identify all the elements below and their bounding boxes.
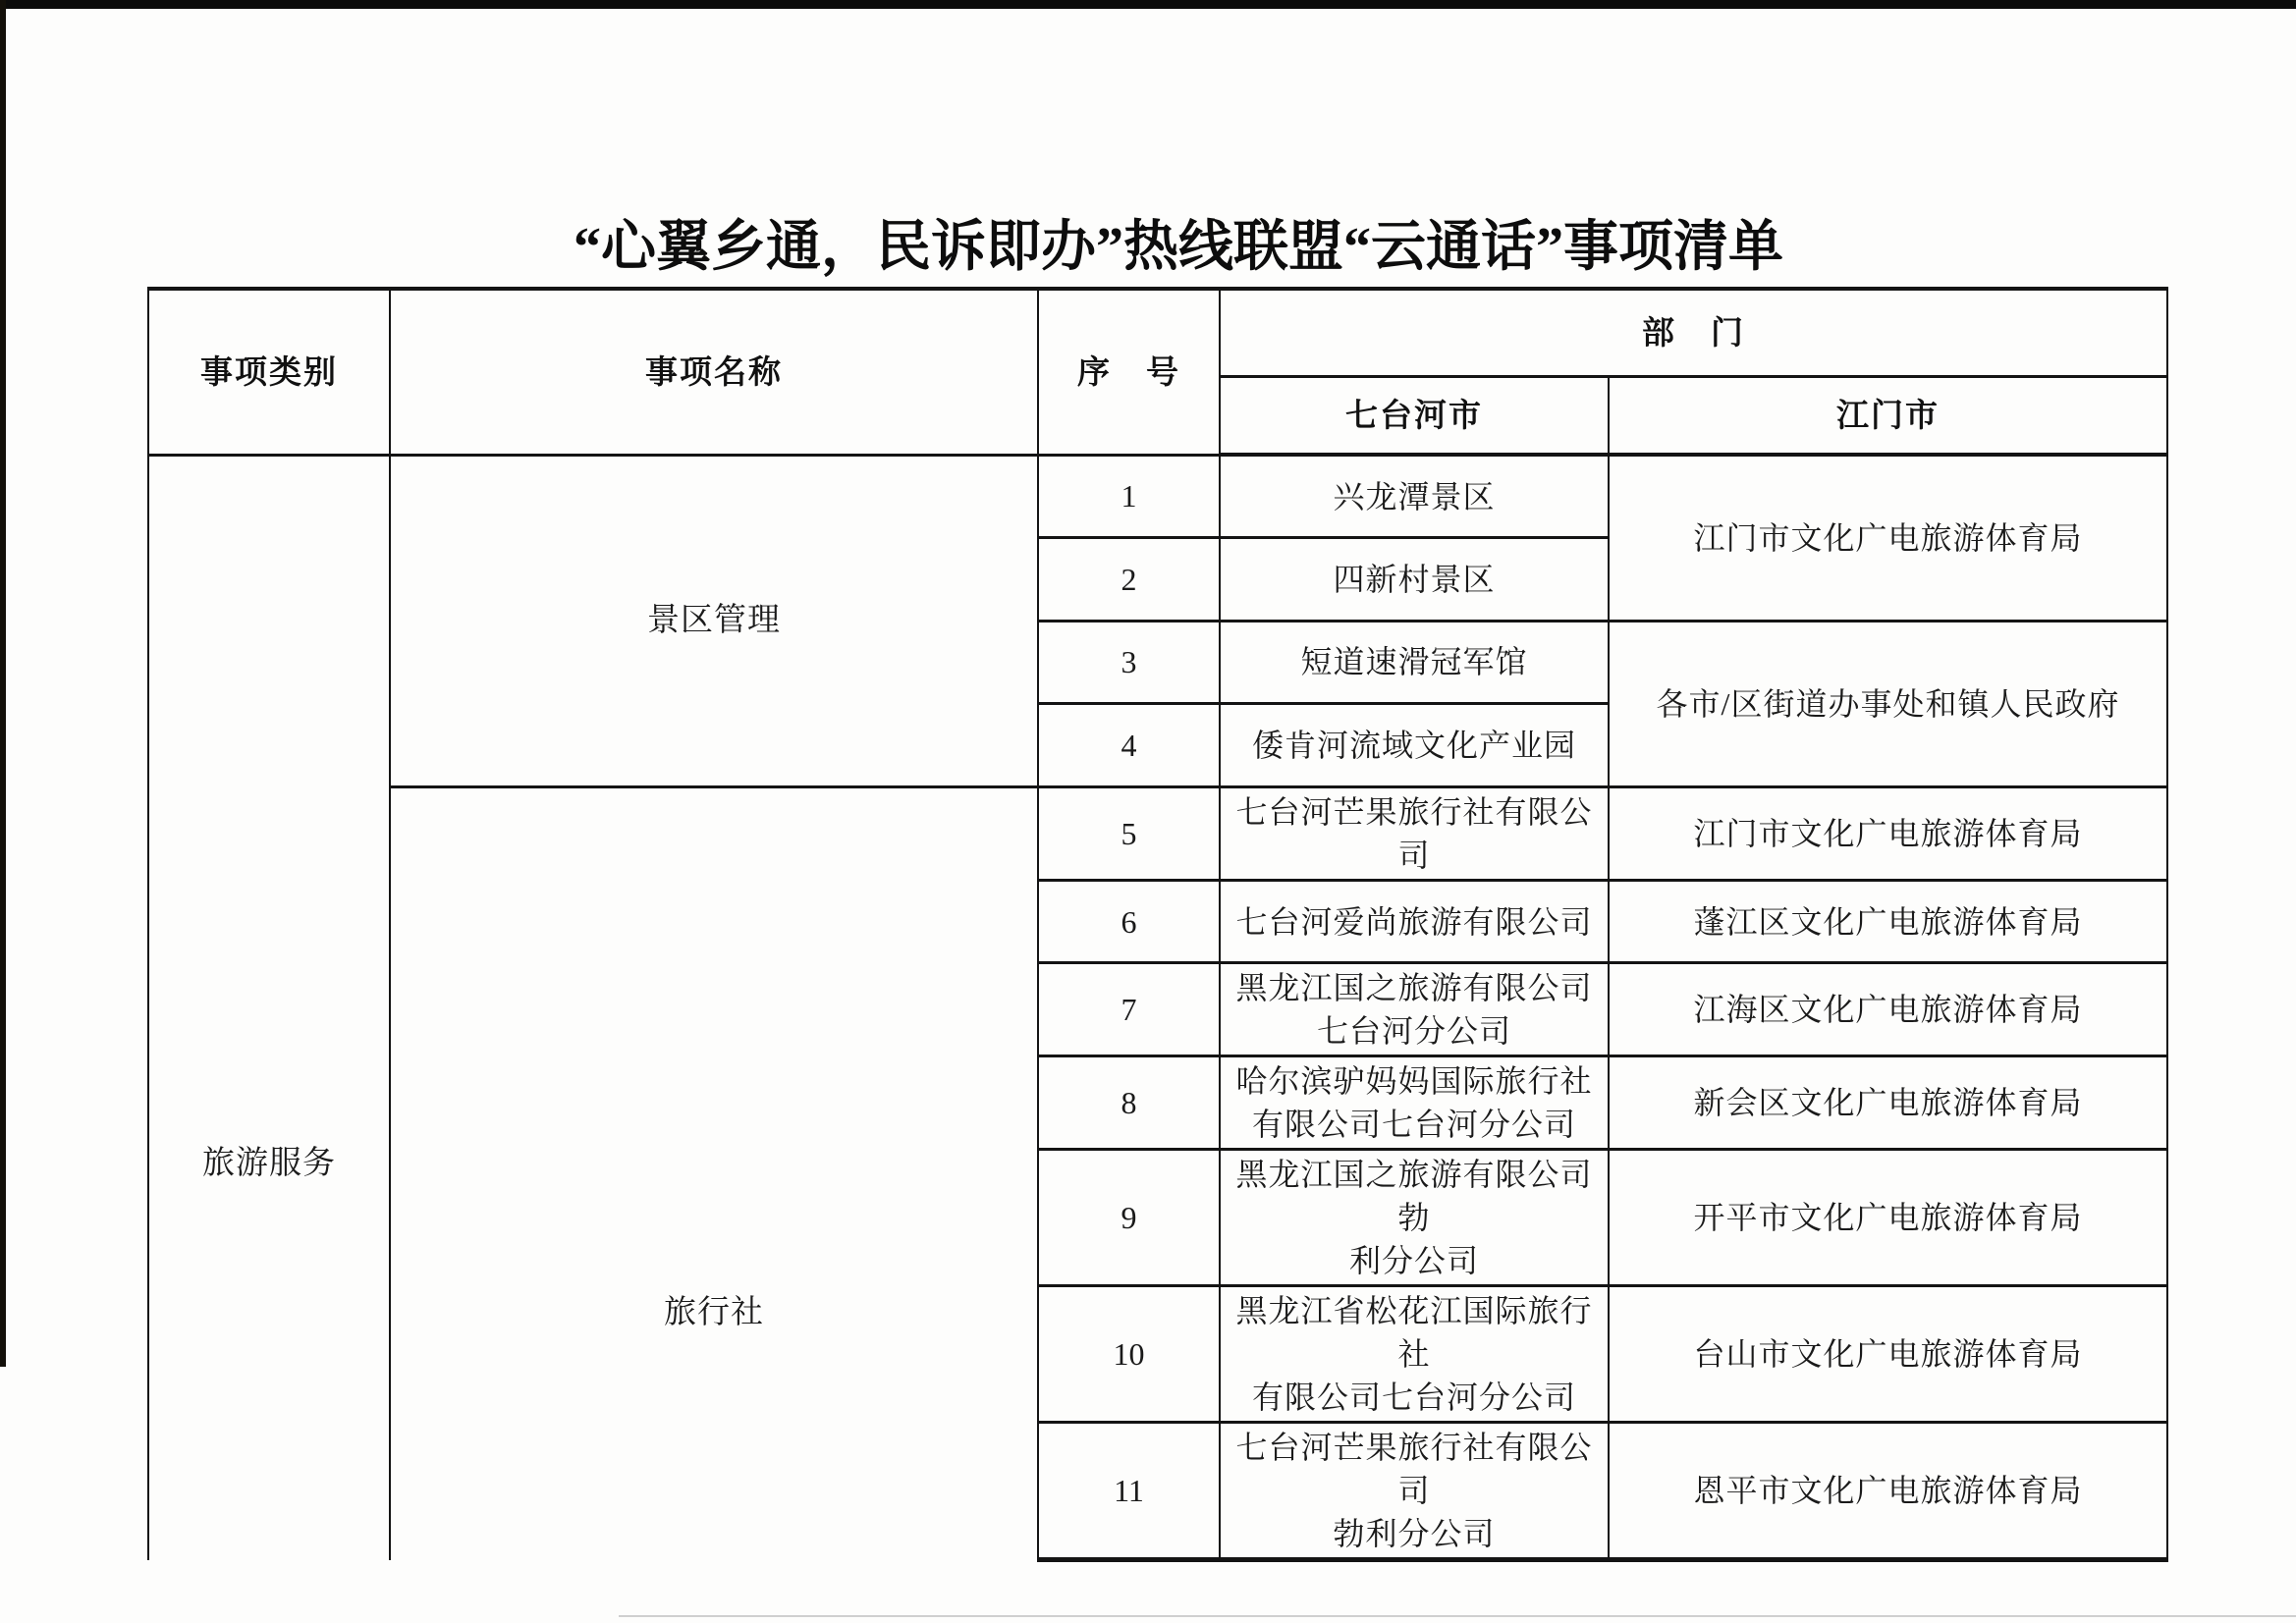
row-qitaihe-entry: 黑龙江省松花江国际旅行社 有限公司七台河分公司 (1220, 1286, 1609, 1423)
items-table: 事项类别 事项名称 序 号 部 门 七台河市 江门市 旅游服务 景区管理 1 兴… (147, 287, 2168, 1562)
row-jiangmen-department: 江海区文化广电旅游体育局 (1609, 963, 2167, 1056)
row-jiangmen-department: 恩平市文化广电旅游体育局 (1609, 1423, 2167, 1560)
row-jiangmen-department: 蓬江区文化广电旅游体育局 (1609, 880, 2167, 963)
row-jiangmen-department: 各市/区街道办事处和镇人民政府 (1609, 621, 2167, 786)
row-serial: 10 (1038, 1286, 1220, 1423)
row-jiangmen-department: 江门市文化广电旅游体育局 (1609, 786, 2167, 880)
group-cell-scenic-management: 景区管理 (390, 455, 1038, 786)
scan-artifact-bottom-line (619, 1615, 2296, 1617)
row-serial: 11 (1038, 1423, 1220, 1560)
row-qitaihe-entry: 四新村景区 (1220, 538, 1609, 622)
scanned-document-page: { "title": "“心翼乡通，民诉即办”热线联盟“云通话”事项清单", "… (0, 0, 2296, 1623)
row-serial: 1 (1038, 455, 1220, 538)
scan-artifact-left-edge (0, 0, 6, 1367)
row-qitaihe-entry: 七台河芒果旅行社有限公司 勃利分公司 (1220, 1423, 1609, 1560)
row-serial: 5 (1038, 786, 1220, 880)
row-jiangmen-department: 开平市文化广电旅游体育局 (1609, 1150, 2167, 1286)
row-serial: 6 (1038, 880, 1220, 963)
row-serial: 8 (1038, 1056, 1220, 1150)
row-qitaihe-entry: 黑龙江国之旅游有限公司 七台河分公司 (1220, 963, 1609, 1056)
scan-artifact-top-edge (0, 0, 2296, 9)
row-jiangmen-department: 台山市文化广电旅游体育局 (1609, 1286, 2167, 1423)
header-cell-name: 事项名称 (390, 289, 1038, 455)
header-cell-department: 部 门 (1220, 289, 2167, 376)
category-cell-tourism-services: 旅游服务 (148, 455, 390, 1560)
row-qitaihe-entry: 七台河爱尚旅游有限公司 (1220, 880, 1609, 963)
page-title: “心翼乡通，民诉即办”热线联盟“云通话”事项清单 (167, 217, 2190, 278)
header-cell-serial: 序 号 (1038, 289, 1220, 455)
row-serial: 9 (1038, 1150, 1220, 1286)
row-serial: 2 (1038, 538, 1220, 622)
row-qitaihe-entry: 黑龙江国之旅游有限公司勃 利分公司 (1220, 1150, 1609, 1286)
row-jiangmen-department: 江门市文化广电旅游体育局 (1609, 455, 2167, 621)
row-qitaihe-entry: 倭肯河流域文化产业园 (1220, 704, 1609, 787)
header-cell-qitaihe-city: 七台河市 (1220, 376, 1609, 455)
row-serial: 4 (1038, 704, 1220, 787)
row-serial: 7 (1038, 963, 1220, 1056)
row-qitaihe-entry: 七台河芒果旅行社有限公司 (1220, 786, 1609, 880)
row-jiangmen-department: 新会区文化广电旅游体育局 (1609, 1056, 2167, 1150)
header-cell-jiangmen-city: 江门市 (1609, 376, 2167, 455)
row-qitaihe-entry: 哈尔滨驴妈妈国际旅行社 有限公司七台河分公司 (1220, 1056, 1609, 1150)
row-serial: 3 (1038, 621, 1220, 704)
group-cell-travel-agency: 旅行社 (390, 786, 1038, 1560)
row-qitaihe-entry: 短道速滑冠军馆 (1220, 621, 1609, 704)
row-qitaihe-entry: 兴龙潭景区 (1220, 455, 1609, 538)
header-cell-category: 事项类别 (148, 289, 390, 455)
